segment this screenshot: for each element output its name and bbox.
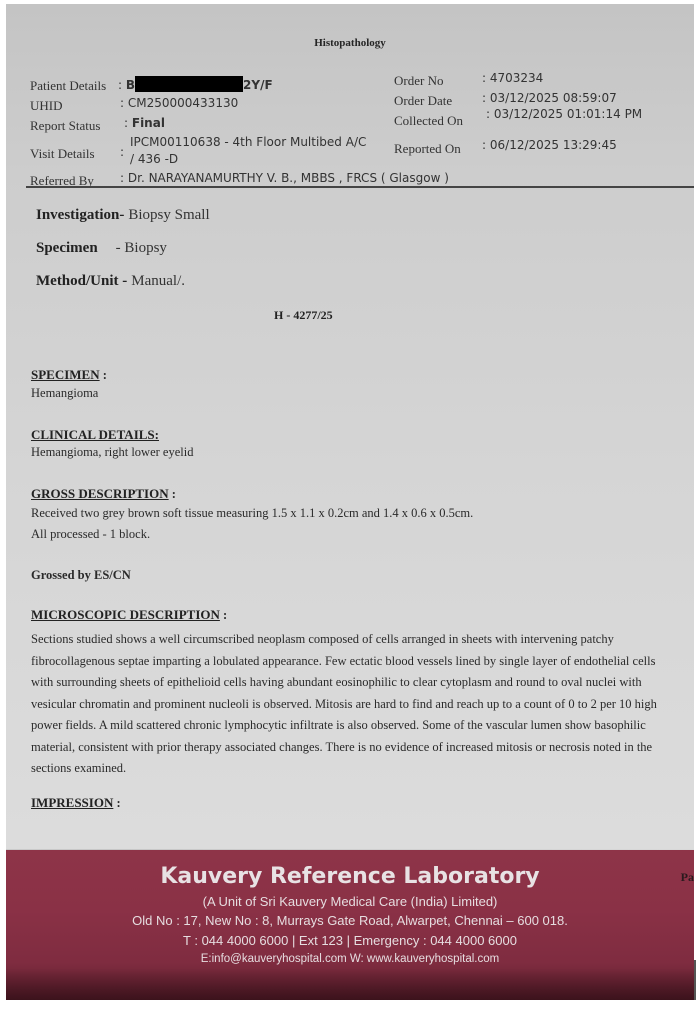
colon: : xyxy=(120,96,124,110)
clinical-details-title: CLINICAL DETAILS: xyxy=(31,426,159,444)
specimen-label: Specimen xyxy=(36,240,98,256)
lab-contact-web: E:info@kauveryhospital.com W: www.kauver… xyxy=(6,953,694,965)
department-title: Histopathology xyxy=(6,37,694,49)
order-date: 03/12/2025 08:59:07 xyxy=(490,91,617,105)
uhid: CM250000433130 xyxy=(128,96,238,110)
colon: : xyxy=(482,91,486,105)
order-no-label: Order No xyxy=(394,73,443,89)
order-no-value: : 4703234 xyxy=(482,71,543,85)
colon: : xyxy=(118,78,122,92)
page-number-fragment: Pa xyxy=(681,870,694,885)
report-status: Final xyxy=(132,116,165,130)
section-heading: CLINICAL DETAILS: xyxy=(31,427,159,442)
patient-details-value: : B2Y/F xyxy=(118,76,273,92)
header-divider xyxy=(26,186,694,188)
footer-shadow xyxy=(6,968,694,1000)
report-status-value: : Final xyxy=(124,116,165,130)
redaction-bar xyxy=(135,76,243,92)
uhid-label: UHID xyxy=(30,98,63,114)
collected-on-label: Collected On xyxy=(394,113,463,129)
colon: : xyxy=(124,116,128,130)
visit-details-line1: IPCM00110638 - 4th Floor Multibed A/C xyxy=(130,135,366,149)
investigation-label: Investigation- xyxy=(36,207,124,223)
lab-name: Kauvery Reference Laboratory xyxy=(6,864,694,889)
colon: : xyxy=(120,145,124,159)
investigation-value: Biopsy Small xyxy=(128,207,209,223)
specimen-value: - Biopsy xyxy=(116,240,167,256)
method-value: Manual/. xyxy=(131,273,185,289)
colon: : xyxy=(169,487,176,501)
microscopic-description-text: Sections studied shows a well circumscri… xyxy=(31,629,679,780)
lab-parent-company: (A Unit of Sri Kauvery Medical Care (Ind… xyxy=(6,894,694,909)
method-label: Method/Unit - xyxy=(36,273,127,289)
collected-on: 03/12/2025 01:01:14 PM xyxy=(494,107,642,121)
reported-on-label: Reported On xyxy=(394,141,461,157)
colon: : xyxy=(100,368,107,382)
colon: : xyxy=(220,608,227,622)
colon: : xyxy=(113,796,120,810)
paper-edge xyxy=(694,960,696,1000)
section-heading: IMPRESSION xyxy=(31,795,113,810)
colon: : xyxy=(482,138,486,152)
referring-doctor: Dr. NARAYANAMURTHY V. B., MBBS , FRCS ( … xyxy=(128,171,449,185)
section-heading: GROSS DESCRIPTION xyxy=(31,486,169,501)
impression-title: IMPRESSION : xyxy=(31,794,121,812)
order-no: 4703234 xyxy=(490,71,543,85)
investigation-row: Investigation- Biopsy Small xyxy=(36,206,210,224)
method-row: Method/Unit - Manual/. xyxy=(36,272,185,290)
patient-name-prefix: B xyxy=(126,78,135,92)
gross-description-line1: Received two grey brown soft tissue meas… xyxy=(31,506,473,521)
grossed-by: Grossed by ES/CN xyxy=(31,568,131,583)
microscopic-description-title: MICROSCOPIC DESCRIPTION : xyxy=(31,606,227,624)
report-body: Histopathology Patient Details : B2Y/F U… xyxy=(6,4,694,849)
specimen-section-title: SPECIMEN : xyxy=(31,366,107,384)
specimen-row: Specimen - Biopsy xyxy=(36,239,167,257)
lab-address: Old No : 17, New No : 8, Murrays Gate Ro… xyxy=(6,913,694,928)
lab-footer-banner: Kauvery Reference Laboratory (A Unit of … xyxy=(6,850,694,1000)
colon: : xyxy=(120,171,124,185)
colon: : xyxy=(486,107,490,121)
section-heading: MICROSCOPIC DESCRIPTION xyxy=(31,607,220,622)
gross-description-title: GROSS DESCRIPTION : xyxy=(31,485,176,503)
order-date-label: Order Date xyxy=(394,93,452,109)
reported-on-value: : 06/12/2025 13:29:45 xyxy=(482,138,617,152)
clinical-details-text: Hemangioma, right lower eyelid xyxy=(31,445,193,460)
collected-on-value: : 03/12/2025 01:01:14 PM xyxy=(486,107,642,121)
colon: : xyxy=(482,71,486,85)
uhid-value: : CM250000433130 xyxy=(120,96,238,110)
report-status-label: Report Status xyxy=(30,118,100,134)
visit-details-line2: / 436 -D xyxy=(130,152,178,166)
visit-details-label: Visit Details xyxy=(30,146,95,162)
gross-description-line2: All processed - 1 block. xyxy=(31,527,150,542)
reported-on: 06/12/2025 13:29:45 xyxy=(490,138,617,152)
lab-phone: T : 044 4000 6000 | Ext 123 | Emergency … xyxy=(6,933,694,948)
report-paper: Histopathology Patient Details : B2Y/F U… xyxy=(6,4,694,1000)
patient-age-sex: 2Y/F xyxy=(243,78,273,92)
specimen-text: Hemangioma xyxy=(31,386,98,401)
order-date-value: : 03/12/2025 08:59:07 xyxy=(482,91,617,105)
case-number: H - 4277/25 xyxy=(274,308,333,323)
referred-by-value: : Dr. NARAYANAMURTHY V. B., MBBS , FRCS … xyxy=(120,171,449,185)
section-heading: SPECIMEN xyxy=(31,367,100,382)
patient-details-label: Patient Details xyxy=(30,78,106,94)
